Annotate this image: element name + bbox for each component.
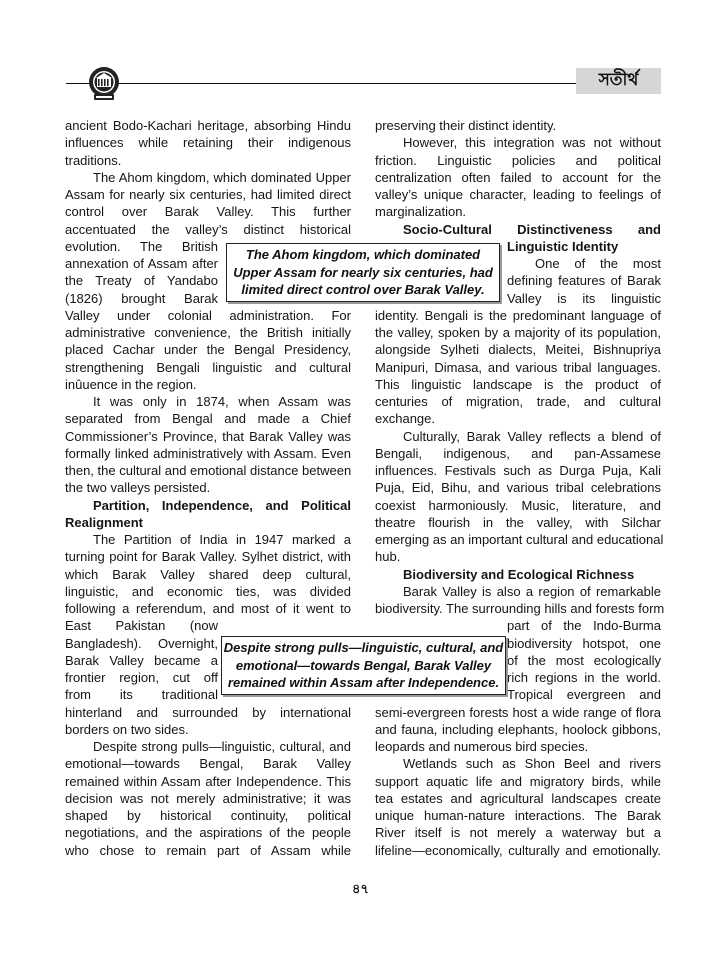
text-line: identity. Bengali is the predominant lan… [375, 307, 661, 324]
text-line: turning point for Barak Valley. Sylhet d… [65, 548, 351, 565]
text-line: centuries of migration, trade, and cultu… [375, 393, 661, 410]
text-line: biodiversity. The surrounding hills and … [375, 600, 661, 617]
text-line: emotional—towards Bengal, Barak Valley [65, 755, 351, 772]
text-line: lifeline—economically, culturally and em… [375, 842, 661, 859]
text-line: placed Cachar under the Bengal Presidenc… [65, 341, 351, 358]
text-line: One of the most [535, 255, 661, 272]
text-line: administrative convenience, the British … [65, 324, 351, 341]
text-line: evolution. The British [65, 238, 218, 255]
pull-quote-despite: Despite strong pulls—linguistic, cultura… [221, 636, 506, 695]
text-line: the two valleys persisted. [65, 479, 351, 496]
text-line: Manipuri, Dimasa, and various tribal lan… [375, 359, 661, 376]
text-line: River itself is not merely a waterway bu… [375, 824, 661, 841]
text-line: frontier region, cut off [65, 669, 218, 686]
text-line: theatre flourish in the valley, with Sil… [375, 514, 661, 531]
text-line: Tropical evergreen and [507, 686, 661, 703]
text-line: centralization often failed to account f… [375, 169, 661, 186]
text-line: traditions. [65, 152, 351, 169]
text-line: leopards and numerous bird species. [375, 738, 661, 755]
text-line: semi-evergreen forests host a wide range… [375, 704, 661, 721]
text-line: decision was not merely administrative; … [65, 790, 351, 807]
text-line: preserving their distinct identity. [375, 117, 661, 134]
text-line: tea estates and agricultural landscapes … [375, 790, 661, 807]
text-line: Valley under colonial administration. Fo… [65, 307, 351, 324]
text-line: Culturally, Barak Valley reflects a blen… [403, 428, 661, 445]
pull-quote-line: emotional—towards Bengal, Barak Valley [222, 657, 505, 675]
text-line: (1826) brought Barak [65, 290, 218, 307]
text-line: Barak Valley became a [65, 652, 218, 669]
text-line: Despite strong pulls—linguistic, cultura… [93, 738, 351, 755]
text-line: exchange. [375, 410, 661, 427]
text-line: control over Barak Valley. This further [65, 203, 351, 220]
text-line: part of the Indo-Burma [507, 617, 661, 634]
text-line: The Partition of India in 1947 marked a [93, 531, 351, 548]
pull-quote-line: limited direct control over Barak Valley… [227, 281, 499, 299]
section-heading: Realignment [65, 514, 351, 531]
text-line: Bengali, indigenous, and pan-Assamese [375, 445, 661, 462]
text-line: inûuence in the region. [65, 376, 351, 393]
text-line: However, this integration was not withou… [403, 134, 661, 151]
header-rule [66, 83, 576, 84]
text-line: support aquatic life and migratory birds… [375, 773, 661, 790]
text-line: formally linked administratively with As… [65, 445, 351, 462]
text-line: biodiversity hotspot, one [507, 635, 661, 652]
section-heading: Partition, Independence, and Political [93, 497, 351, 514]
text-line: borders on two sides. [65, 721, 351, 738]
text-line: negotiations, and the aspirations of the… [65, 824, 351, 841]
text-line: influences. Festivals such as Durga Puja… [375, 462, 661, 479]
text-line: The Ahom kingdom, which dominated Upper [93, 169, 351, 186]
text-line: marginalization. [375, 203, 661, 220]
text-line: Assam for nearly six centuries, had limi… [65, 186, 351, 203]
pull-quote-line: Upper Assam for nearly six centuries, ha… [227, 264, 499, 282]
text-line: This linguistic landscape is the product… [375, 376, 661, 393]
section-heading: Biodiversity and Ecological Richness [403, 566, 661, 583]
text-line: friction. Linguistic policies and politi… [375, 152, 661, 169]
pull-quote-line: remained within Assam after Independence… [222, 674, 505, 692]
text-line: Commissioner’s Province, that Barak Vall… [65, 428, 351, 445]
text-line: the Treaty of Yandabo [65, 272, 218, 289]
text-line: Wetlands such as Shon Beel and rivers [403, 755, 661, 772]
text-line: emerging as an important cultural and ed… [375, 531, 661, 548]
text-line: Valley is its linguistic [507, 290, 661, 307]
text-line: defining features of Barak [507, 272, 661, 289]
text-line: unique human-nature interactions. The Ba… [375, 807, 661, 824]
text-line: alongside Sylheti dialects, Meitei, Bish… [375, 341, 661, 358]
pull-quote-line: Despite strong pulls—linguistic, cultura… [222, 639, 505, 657]
text-line: hub. [375, 548, 661, 565]
text-line: annexation of Assam after [65, 255, 218, 272]
institution-seal-logo [87, 66, 121, 102]
text-line: It was only in 1874, when Assam was [93, 393, 351, 410]
text-line: and fauna, including elephants, hoolock … [375, 721, 661, 738]
text-line: who chose to remain part of Assam while [65, 842, 351, 859]
text-line: then, the cultural and emotional distanc… [65, 462, 351, 479]
text-line: rich regions in the world. [507, 669, 661, 686]
text-line: Puja, Eid, Bihu, and various tribal cele… [375, 479, 661, 496]
text-line: Bangladesh). Overnight, [65, 635, 218, 652]
text-line: which Barak Valley shared deep cultural, [65, 566, 351, 583]
text-line: Barak Valley is also a region of remarka… [403, 583, 661, 600]
text-line: from its traditional [65, 686, 218, 703]
section-heading: Linguistic Identity [507, 238, 661, 255]
pull-quote-ahom: The Ahom kingdom, which dominated Upper … [226, 243, 500, 302]
publication-brand-label: সতীর্থ [576, 68, 661, 94]
page-number: ৪৭ [352, 880, 369, 901]
text-line: separated from Bengal and made a Chief [65, 410, 351, 427]
text-line: following a referendum, and most of it w… [65, 600, 351, 617]
text-line: linguistic, and economic ties, was divid… [65, 583, 351, 600]
text-line: East Pakistan (now [65, 617, 218, 634]
pull-quote-line: The Ahom kingdom, which dominated [227, 246, 499, 264]
text-line: of the most ecologically [507, 652, 661, 669]
text-line: valley’s unique character, leading to fe… [375, 186, 661, 203]
text-line: strengthening Bengali linguistic and cul… [65, 359, 351, 376]
text-line: ancient Bodo-Kachari heritage, absorbing… [65, 117, 351, 134]
text-line: shaped by historical continuity, politic… [65, 807, 351, 824]
section-heading: Socio-Cultural Distinctiveness and [403, 221, 661, 238]
text-line: coexist harmoniously. Music, literature,… [375, 497, 661, 514]
text-line: influences while retaining their indigen… [65, 134, 351, 151]
text-line: accentuated the valley’s distinct histor… [65, 221, 351, 238]
text-line: the valley, spoken by a majority of its … [375, 324, 661, 341]
text-line: hinterland and surrounded by internation… [65, 704, 351, 721]
text-line: remained within Assam after Independence… [65, 773, 351, 790]
